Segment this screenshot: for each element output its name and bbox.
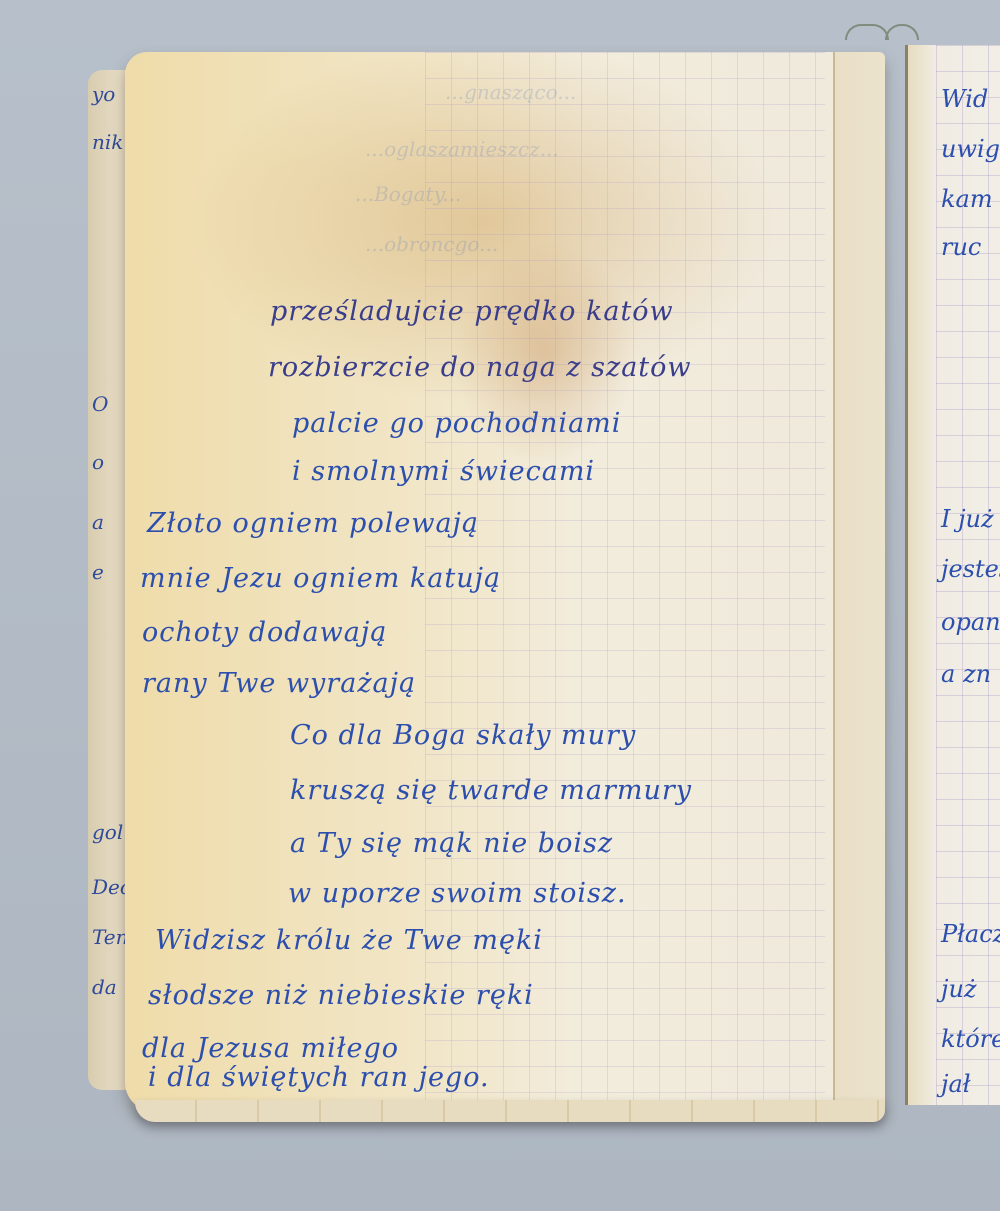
poem-line: ochoty dodawają xyxy=(142,617,387,648)
margin-fragment: e xyxy=(92,560,104,584)
poem-line: rozbierzcie do naga z szatów xyxy=(268,352,692,383)
bleed-through-text: ...obroncgo... xyxy=(365,232,498,256)
poem-line: prześladujcie prędko katów xyxy=(270,296,674,327)
poem-line: dla Jezusa miłego xyxy=(142,1033,399,1064)
poem-line: rany Twe wyrażają xyxy=(142,668,416,699)
margin-fragment: O xyxy=(92,392,108,416)
right-fragment: kam xyxy=(941,185,993,213)
poem-line: Złoto ogniem polewają xyxy=(147,508,479,539)
margin-fragment: o xyxy=(92,450,104,474)
margin-fragment: nik xyxy=(92,130,123,154)
poem-line: słodsze niż niebieskie ręki xyxy=(148,980,534,1011)
margin-fragment: gol xyxy=(92,820,123,844)
right-fragment: które xyxy=(941,1025,1000,1053)
right-fragment: Płacz xyxy=(941,920,1000,948)
poem-line: palcie go pochodniami xyxy=(292,408,621,439)
page-margin-strip xyxy=(833,52,885,1112)
page-stack-edge xyxy=(135,1100,885,1122)
right-fragment: uwig xyxy=(941,135,1000,163)
poem-line: a Ty się mąk nie boisz xyxy=(290,828,613,859)
margin-fragment: Ten xyxy=(92,925,129,949)
right-fragment: I już xyxy=(941,505,994,533)
binding-thread xyxy=(845,24,889,40)
poem-line: Co dla Boga skały mury xyxy=(290,720,636,751)
bleed-through-text: ...gnasząco... xyxy=(445,80,576,104)
right-fragment: Wid xyxy=(941,85,988,113)
poem-line: w uporze swoim stoisz. xyxy=(288,878,627,909)
bleed-through-text: ...Bogaty... xyxy=(355,182,461,206)
poem-line: kruszą się twarde marmury xyxy=(290,775,692,806)
bleed-through-text: ...oglaszamieszcz... xyxy=(365,137,559,161)
right-fragment: już xyxy=(941,975,977,1003)
poem-line: mnie Jezu ogniem katują xyxy=(140,563,501,594)
right-fragment: a zn xyxy=(941,660,991,688)
right-fragment: opan xyxy=(941,608,1000,636)
right-fragment: jał xyxy=(941,1070,971,1098)
margin-fragment: yo xyxy=(92,82,115,106)
poem-line: i smolnymi świecami xyxy=(292,456,595,487)
right-fragment: ruc xyxy=(941,233,981,261)
poem-line: Widzisz królu że Twe męki xyxy=(155,925,543,956)
right-fragment: jesteś xyxy=(941,555,1000,583)
poem-line: i dla świętych ran jego. xyxy=(148,1062,490,1093)
right-page-edge: Wid uwig kam ruc I już jesteś opan a zn … xyxy=(905,45,1000,1105)
margin-fragment: a xyxy=(92,510,104,534)
margin-fragment: da xyxy=(92,975,117,999)
